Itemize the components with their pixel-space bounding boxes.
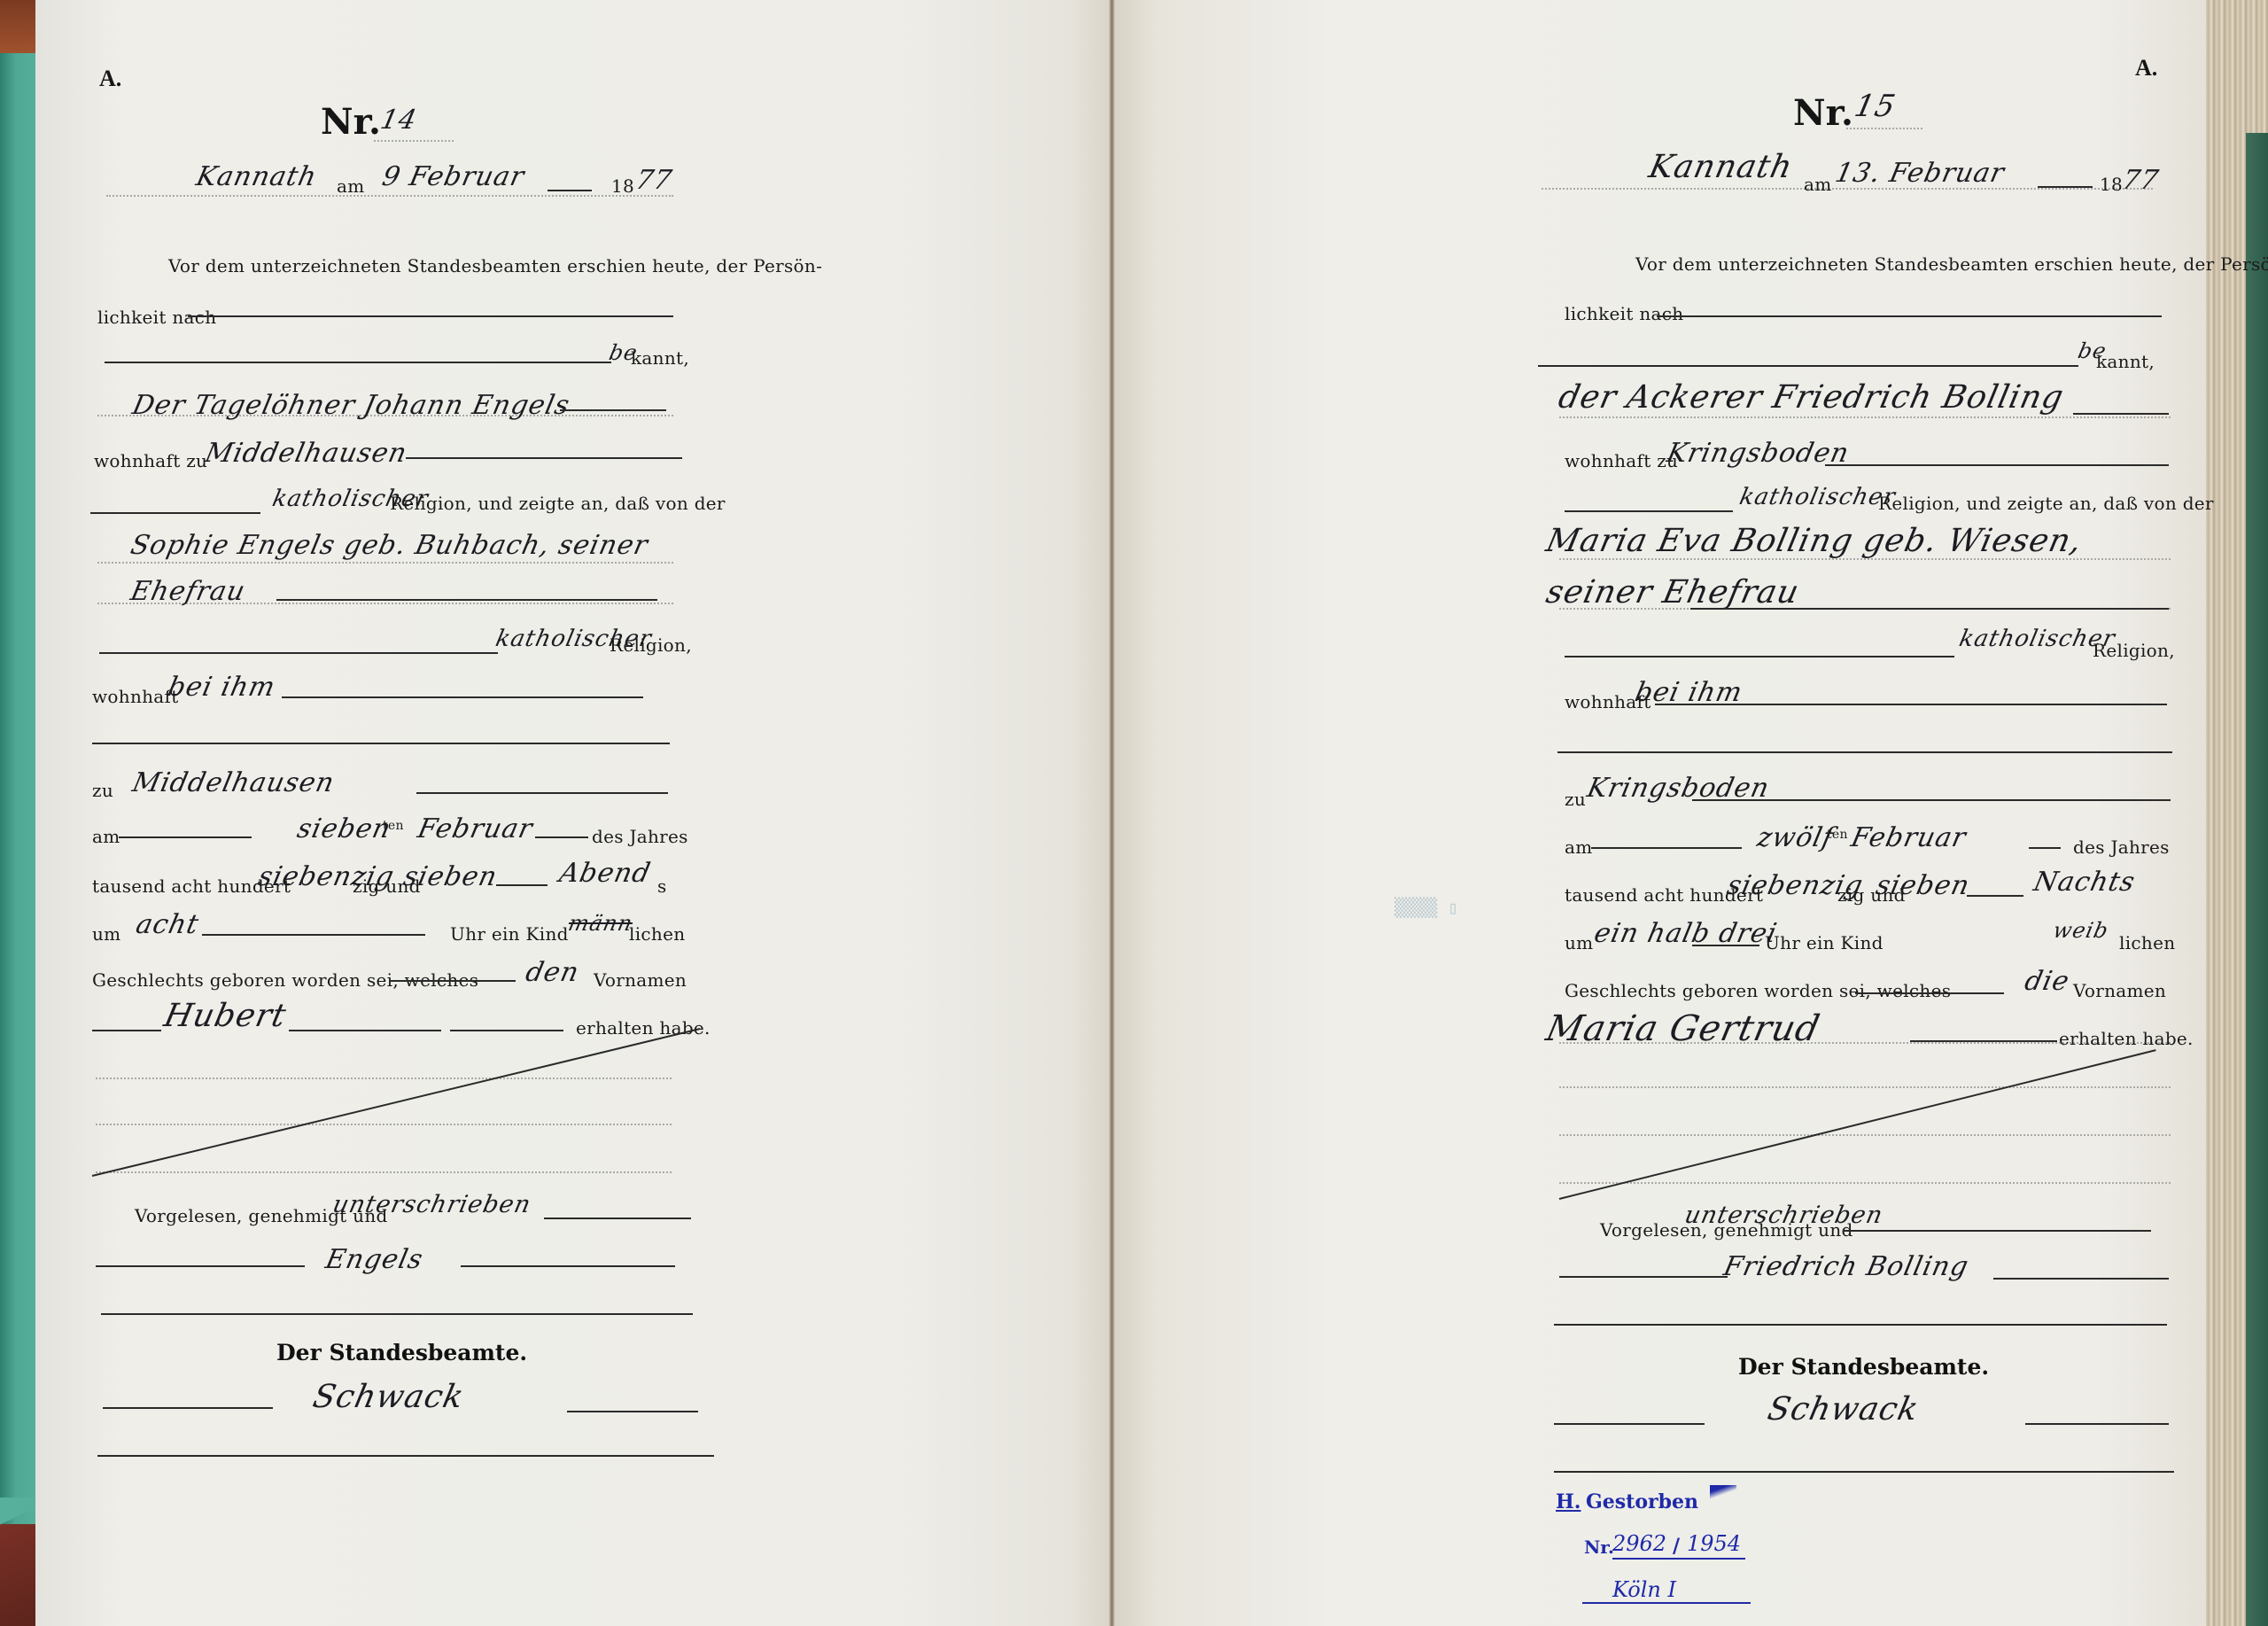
book-cover-right-edge [2246, 133, 2268, 1626]
ten-suffix: ten [1827, 828, 1848, 842]
stamp-nr-label: Nr. [1584, 1537, 1614, 1558]
vorgelesen-word: unterschrieben [1682, 1202, 1886, 1229]
given-name: Maria Gertrud [1542, 1008, 1823, 1049]
religion-and-text: Religion, und zeigte an, daß von der [390, 493, 726, 514]
am-label: am [1565, 836, 1593, 858]
mother-residence: bei ihm [165, 672, 278, 703]
vornamen-label: Vornamen [2073, 980, 2166, 1001]
lichen-suffix: lichen [629, 923, 685, 945]
intro-text: Vor dem unterzeichneten Standesbeamten e… [168, 255, 822, 276]
mother-name: Maria Eva Bolling geb. Wiesen, [1543, 523, 2085, 559]
standesbeamte-heading: Der Standesbeamte. [276, 1340, 527, 1365]
given-name: Hubert [161, 998, 290, 1034]
religion-label: Religion, [2093, 640, 2175, 661]
stamp-corner-mark [1710, 1485, 1736, 1499]
wohnhaft-zu-label: wohnhaft zu [1565, 450, 1678, 471]
article: den [523, 957, 582, 988]
bekannt-label: kannt, [631, 347, 689, 369]
time-of-day: Abend [556, 858, 654, 889]
informant-name: Der Tagelöhner Johann Engels [129, 390, 572, 421]
registrar-signature: Schwack [1765, 1391, 1922, 1428]
birth-month: Februar [1848, 822, 1969, 853]
um-label: um [92, 923, 120, 945]
informant-name: der Ackerer Friedrich Bolling [1556, 379, 2068, 416]
ten-suffix: ten [383, 819, 404, 833]
des-jahres-label: des Jahres [2073, 836, 2170, 858]
child-sex: männ [566, 911, 635, 936]
vorgelesen-word: unterschrieben [330, 1191, 534, 1218]
right-page [1114, 0, 2208, 1626]
geschlechts-label: Geschlechts geboren worden sei, welches [1565, 980, 1951, 1001]
section-letter: A. [2135, 55, 2157, 82]
left-page [35, 0, 1114, 1626]
s-suffix: s [657, 875, 667, 897]
intro-text: Vor dem unterzeichneten Standesbeamten e… [1635, 253, 2268, 275]
intro-text-cont: lichkeit nach [1565, 303, 1683, 324]
registration-date: 9 Februar [379, 161, 527, 192]
stamp-place: Köln I [1612, 1577, 1676, 1602]
birth-day: zwölf [1754, 822, 1837, 853]
stamp-title: Gestorben [1586, 1490, 1698, 1513]
zu-label: zu [1565, 789, 1586, 810]
record-number: 14 [377, 105, 420, 136]
child-sex: weib [2051, 918, 2111, 943]
registration-place: Kannath [193, 161, 320, 192]
mother-relation: seiner Ehefrau [1543, 574, 1803, 611]
stamp-nr-value: 2962 [1612, 1531, 1666, 1556]
record-number-label: Nr. [1793, 92, 1853, 134]
faint-offset-mark: ▒▒▒▒ ▯ [1394, 897, 1458, 918]
intro-text-cont: lichkeit nach [97, 307, 216, 328]
lichen-suffix: lichen [2119, 932, 2175, 953]
erhalten-habe-label: erhalten habe. [576, 1017, 711, 1039]
stamp-year: 1954 [1687, 1531, 1741, 1556]
informant-signature: Friedrich Bolling [1720, 1251, 1971, 1282]
uhr-ein-kind-label: Uhr ein Kind [450, 923, 569, 945]
mother-relation: Ehefrau [128, 576, 248, 607]
wohnhaft-zu-label: wohnhaft zu [94, 450, 207, 471]
informant-signature: Engels [322, 1244, 426, 1275]
book-gutter [1109, 0, 1115, 1626]
standesbeamte-heading: Der Standesbeamte. [1738, 1354, 1989, 1380]
time-of-day: Nachts [2031, 867, 2138, 898]
birth-place: Middelhausen [129, 767, 338, 798]
year-suffix: 77 [633, 165, 675, 196]
registration-place: Kannath [1646, 149, 1797, 185]
zu-label: zu [92, 780, 113, 801]
birth-day: sieben [294, 813, 393, 844]
am-label: am [92, 826, 120, 847]
record-number-label: Nr. [321, 101, 381, 143]
book-corner-bottom [0, 1524, 39, 1626]
year-prefix: 18 [611, 175, 634, 197]
des-jahres-label: des Jahres [592, 826, 688, 847]
year-units: sieben [1873, 870, 1972, 901]
informant-residence: Kringsboden [1664, 438, 1852, 469]
date-am-label: am [1804, 174, 1832, 195]
uhr-ein-kind-label: Uhr ein Kind [1765, 932, 1884, 953]
vornamen-label: Vornamen [594, 969, 687, 991]
religion-and-text: Religion, und zeigte an, daß von der [1878, 493, 2214, 514]
informant-religion: katholischer [1737, 484, 1899, 510]
birth-hour: acht [133, 909, 202, 940]
year-units: sieben [400, 861, 500, 892]
record-number: 15 [1852, 89, 1899, 124]
erhalten-habe-label: erhalten habe. [2059, 1028, 2194, 1049]
year-suffix: 77 [2119, 165, 2162, 196]
book-corner-top [0, 0, 39, 53]
article: die [2022, 966, 2072, 997]
registration-date: 13. Februar [1832, 158, 2008, 189]
bekannt-label: kannt, [2096, 351, 2155, 372]
book-cover-left-edge [0, 0, 39, 1626]
registrar-signature: Schwack [310, 1379, 468, 1415]
um-label: um [1565, 932, 1593, 953]
stamp-prefix: H. [1556, 1490, 1581, 1513]
date-am-label: am [337, 175, 365, 197]
informant-residence: Middelhausen [202, 438, 410, 469]
section-letter: A. [99, 66, 121, 92]
mother-name: Sophie Engels geb. Buhbach, seiner [128, 530, 651, 561]
religion-label: Religion, [610, 634, 692, 656]
birth-month: Februar [415, 813, 535, 844]
